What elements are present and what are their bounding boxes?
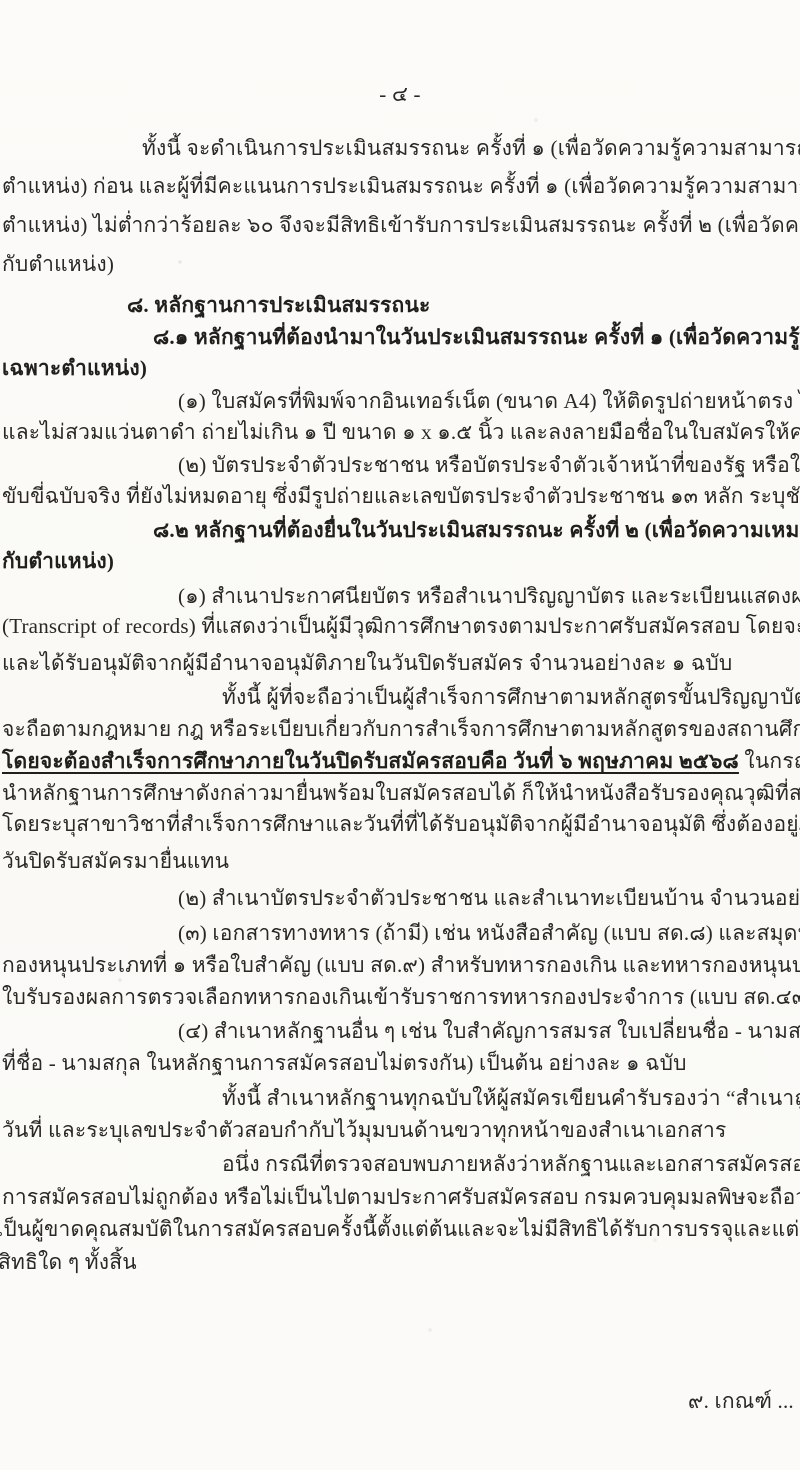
section-8-2-item-4-line: (๔) สำเนาหลักฐานอื่น ๆ เช่น ใบสำคัญการสม… <box>178 1017 800 1045</box>
section-8-2-item-3-line: กองหนุนประเภทที่ ๑ หรือใบสำคัญ (แบบ สด.๙… <box>2 951 800 979</box>
disqualify-note-line: การสมัครสอบไม่ถูกต้อง หรือไม่เป็นไปตามปร… <box>2 1183 800 1211</box>
section-8-heading: ๘. หลักฐานการประเมินสมรรถนะ <box>127 291 430 319</box>
section-8-1-heading: ๘.๑ หลักฐานที่ต้องนำมาในวันประเมินสมรรถน… <box>153 323 800 351</box>
disqualify-note-line: อนึ่ง กรณีที่ตรวจสอบพบภายหลังว่าหลักฐานแ… <box>222 1150 800 1178</box>
intro-paragraph-line: ทั้งนี้ จะดำเนินการประเมินสมรรถนะ ครั้งท… <box>142 134 800 162</box>
section-8-2-item-3-line: ใบรับรองผลการตรวจเลือกทหารกองเกินเข้ารับ… <box>2 983 800 1011</box>
graduation-note-line: นำหลักฐานการศึกษาดังกล่าวมายื่นพร้อมใบสม… <box>2 779 800 807</box>
disqualify-note-line: สิทธิใด ๆ ทั้งสิ้น <box>0 1248 137 1276</box>
certify-note-line: วันที่ และระบุเลขประจำตัวสอบกำกับไว้มุมบ… <box>2 1116 727 1144</box>
intro-paragraph-line: ตำแหน่ง) ไม่ต่ำกว่าร้อยละ ๖๐ จึงจะมีสิทธ… <box>2 211 800 239</box>
graduation-note-line: วันปิดรับสมัครมายื่นแทน <box>2 847 229 875</box>
section-8-1-item-2-line: ขับขี่ฉบับจริง ที่ยังไม่หมดอายุ ซึ่งมีรู… <box>2 482 800 510</box>
continuation-mark: ๙. เกณฑ์ ... <box>688 1385 794 1418</box>
intro-paragraph-line: ตำแหน่ง) ก่อน และผู้ที่มีคะแนนการประเมิน… <box>2 172 800 200</box>
document-page: - ๔ - ทั้งนี้ จะดำเนินการประเมินสมรรถนะ … <box>0 0 800 1470</box>
section-8-2-item-1-line: (๑) สำเนาประกาศนียบัตร หรือสำเนาปริญญาบั… <box>178 582 800 610</box>
section-8-2-item-1-line: (Transcript of records) ที่แสดงว่าเป็นผู… <box>2 612 800 640</box>
graduation-note-line: ทั้งนี้ ผู้ที่จะถือว่าเป็นผู้สำเร็จการศึ… <box>222 683 800 711</box>
section-8-2-heading: กับตำแหน่ง) <box>2 547 114 575</box>
section-8-2-item-2-line: (๒) สำเนาบัตรประจำตัวประชาชน และสำเนาทะเ… <box>178 884 800 912</box>
section-8-1-heading: เฉพาะตำแหน่ง) <box>2 354 147 382</box>
section-8-1-item-1-line: และไม่สวมแว่นตาดำ ถ่ายไม่เกิน ๑ ปี ขนาด … <box>2 418 800 446</box>
page-number: - ๔ - <box>0 80 800 108</box>
section-8-2-item-3-line: (๓) เอกสารทางทหาร (ถ้ามี) เช่น หนังสือสำ… <box>178 919 800 947</box>
section-8-1-item-2-line: (๒) บัตรประจำตัวประชาชน หรือบัตรประจำตัว… <box>178 451 800 479</box>
graduation-note-line: โดยระบุสาขาวิชาที่สำเร็จการศึกษาและวันที… <box>2 810 800 838</box>
intro-paragraph-line: กับตำแหน่ง) <box>2 250 114 278</box>
certify-note-line: ทั้งนี้ สำเนาหลักฐานทุกฉบับให้ผู้สมัครเข… <box>222 1084 800 1112</box>
graduation-deadline-line: โดยจะต้องสำเร็จการศึกษาภายในวันปิดรับสมั… <box>2 747 800 775</box>
graduation-note-line: จะถือตามกฎหมาย กฎ หรือระเบียบเกี่ยวกับกา… <box>2 715 800 743</box>
section-8-2-item-4-line: ที่ชื่อ - นามสกุล ในหลักฐานการสมัครสอบไม… <box>2 1049 687 1077</box>
section-8-1-item-1-line: (๑) ใบสมัครที่พิมพ์จากอินเทอร์เน็ต (ขนาด… <box>178 387 800 415</box>
graduation-deadline-rest: ในกรณีที่ไม่สามารถ <box>739 749 800 773</box>
section-8-2-item-1-line: และได้รับอนุมัติจากผู้มีอำนาจอนุมัติภายใ… <box>2 649 732 677</box>
section-8-2-heading: ๘.๒ หลักฐานที่ต้องยื่นในวันประเมินสมรรถน… <box>153 516 800 544</box>
disqualify-note-line: เป็นผู้ขาดคุณสมบัติในการสมัครสอบครั้งนี้… <box>0 1215 800 1243</box>
graduation-deadline-underlined: โดยจะต้องสำเร็จการศึกษาภายในวันปิดรับสมั… <box>2 749 739 773</box>
